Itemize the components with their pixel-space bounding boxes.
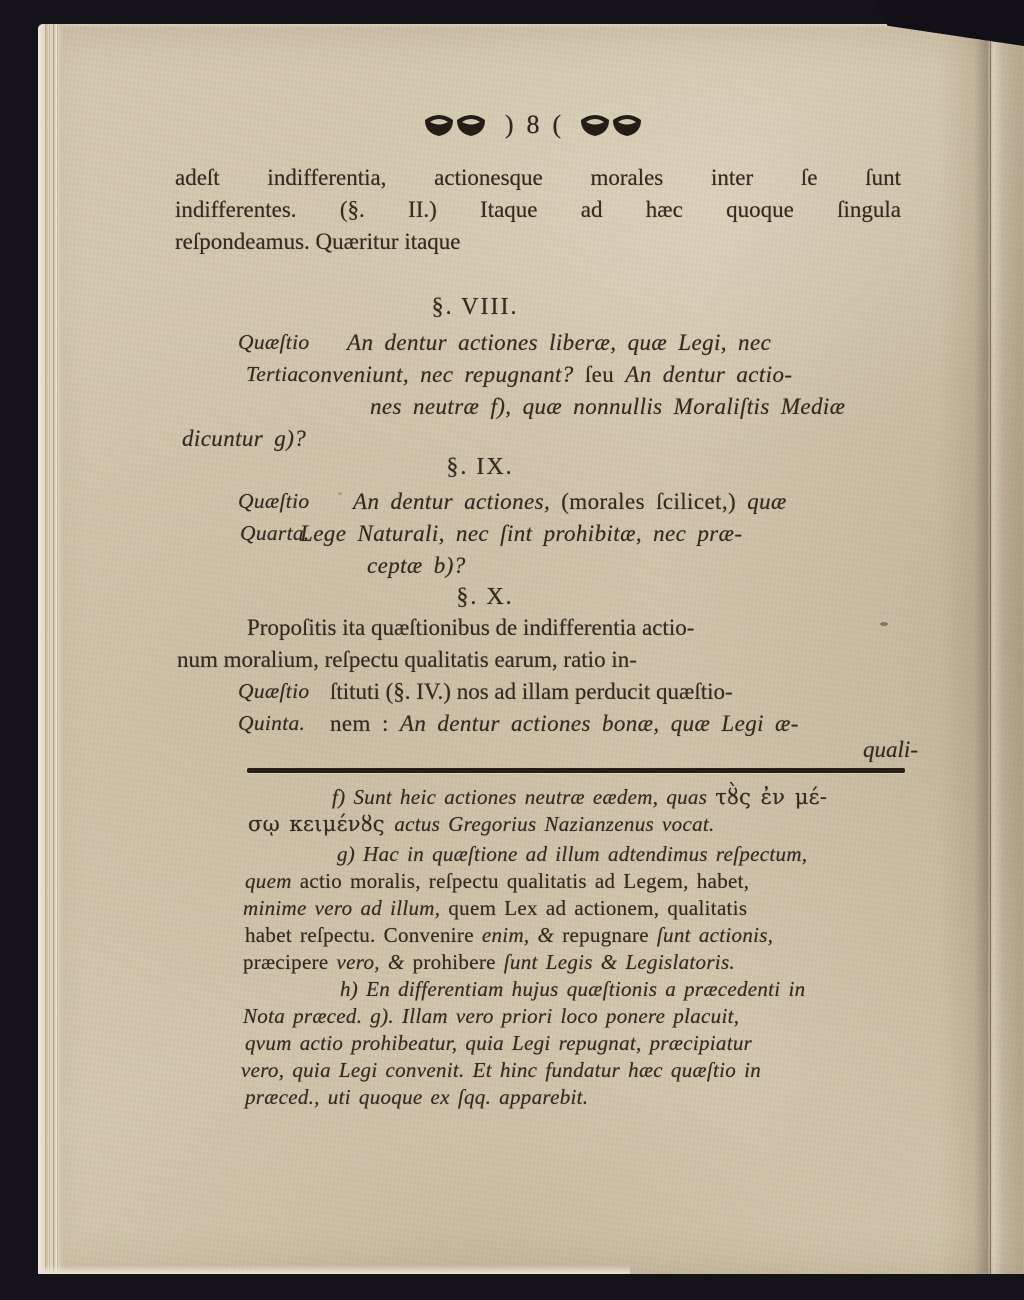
page-stack-edge-lines	[44, 24, 58, 1274]
section-heading-viii: §. VIII.	[175, 292, 775, 322]
scanned-book-photo: ) 8 ( adeſt indifferentia, actionesque m…	[0, 0, 1024, 1300]
catchword: quali-	[638, 735, 918, 765]
quaestio-quinta-line: ſtituti (§. IV.) nos ad illam perducit q…	[330, 677, 733, 707]
quaestio-tertia-line: An dentur actiones liberæ, quæ Legi, nec	[347, 328, 771, 358]
page-bottom-edge-highlight	[38, 1265, 630, 1274]
marginal-label-quinta: Quinta.	[238, 711, 305, 736]
book-page: ) 8 ( adeſt indifferentia, actionesque m…	[38, 24, 1024, 1274]
section-heading-ix: §. IX.	[175, 452, 785, 482]
marginal-label-tertia: Tertia.	[246, 362, 304, 387]
intro-line: indifferentes. (§. II.) Itaque ad hæc qu…	[175, 195, 901, 225]
footnote-h-line: h) En differentiam hujus quæſtionis a pr…	[340, 976, 805, 1003]
footnote-separator-rule	[247, 768, 905, 773]
marginal-label-quaestio: Quæſtio	[238, 489, 309, 514]
folio-close-bracket: (	[553, 110, 562, 140]
quaestio-quinta-line: Propoſitis ita quæſtionibus de indiffere…	[247, 613, 694, 643]
footnote-g-line: habet reſpectu. Convenire enim, & repugn…	[245, 922, 773, 949]
paper-speck	[880, 622, 888, 626]
footnote-g-line: præcipere vero, & prohibere ſunt Legis &…	[243, 949, 735, 976]
marginal-label-quaestio: Quæſtio	[238, 330, 309, 355]
paper-speck	[338, 492, 342, 495]
fleuron-ornament-left-icon	[423, 112, 487, 139]
folio-open-bracket: )	[505, 110, 514, 140]
footnote-f-line: σῳ κειμένȣς actus Gregorius Nazianzenus …	[248, 811, 715, 838]
intro-line: adeſt indifferentia, actionesque morales…	[175, 163, 901, 193]
footnote-g-line: g) Hac in quæſtione ad illum adtendimus …	[337, 841, 807, 868]
quaestio-quinta-line: num moralium, reſpectu qualitatis earum,…	[177, 645, 637, 675]
footnote-g-line: minime vero ad illum, quem Lex ad action…	[243, 895, 747, 922]
fleuron-ornament-right-icon	[579, 112, 643, 139]
gutter-crease-shading	[938, 24, 1024, 1274]
page-header: ) 8 (	[368, 110, 698, 140]
quaestio-tertia-line: nes neutræ f), quæ nonnullis Moraliſtis …	[370, 392, 845, 422]
page-number-folio: ) 8 (	[505, 110, 561, 140]
gutter-crease-line	[990, 24, 991, 1274]
footnote-h-line: vero, quia Legi convenit. Et hinc fundat…	[241, 1057, 761, 1084]
footnote-g-line: quem actio moralis, reſpectu qualitatis …	[245, 868, 749, 895]
footnote-h-line: Nota præced. g). Illam vero priori loco …	[243, 1003, 739, 1030]
footnote-f-line: f) Sunt heic actiones neutræ eædem, quas…	[332, 784, 827, 811]
quaestio-tertia-line: dicuntur g)?	[182, 424, 306, 454]
intro-line: reſpondeamus. Quæritur itaque	[175, 227, 461, 257]
quaestio-quarta-line: An dentur actiones, (morales ſcilicet,) …	[353, 487, 787, 517]
footnote-h-line: præced., uti quoque ex ſqq. apparebit.	[245, 1084, 588, 1111]
section-heading-x: §. X.	[175, 582, 795, 612]
quaestio-quarta-line: ceptæ b)?	[367, 551, 466, 581]
marginal-label-quaestio: Quæſtio	[238, 679, 309, 704]
page-number: 8	[527, 110, 540, 140]
quaestio-tertia-line: conveniunt, nec repugnant? ſeu An dentur…	[298, 360, 792, 390]
footnote-h-line: qvum actio prohibeatur, quia Legi repugn…	[245, 1030, 752, 1057]
quaestio-quarta-line: Lege Naturali, nec ſint prohibitæ, nec p…	[300, 519, 742, 549]
